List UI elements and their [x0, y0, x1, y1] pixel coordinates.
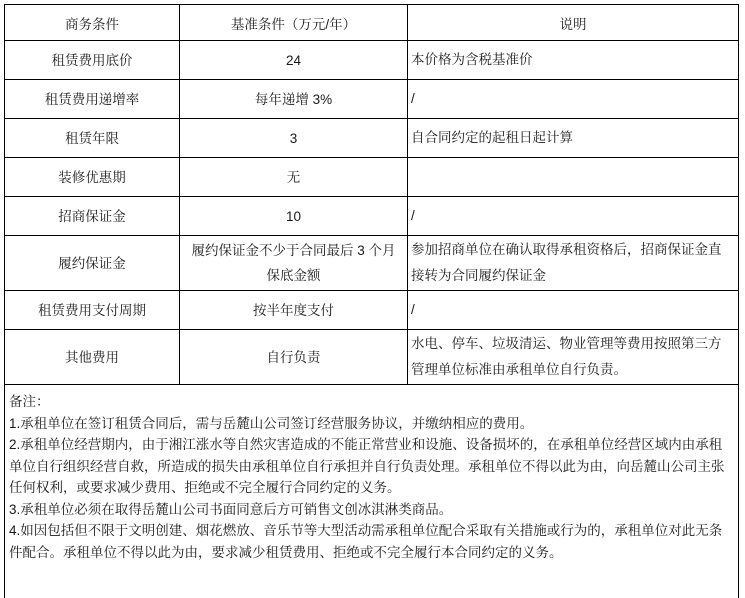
table-row-bid-deposit: 招商保证金 10 / [5, 197, 739, 236]
col-header-condition: 商务条件 [5, 5, 180, 41]
table-row-rent-increase-rate: 租赁费用递增率 每年递增 3% / [5, 80, 739, 119]
table-row-payment-cycle: 租赁费用支付周期 按半年度支付 / [5, 291, 739, 330]
col-header-base: 基准条件（万元/年） [180, 5, 408, 41]
cell-condition: 租赁费用支付周期 [5, 291, 180, 330]
cell-note: 本价格为含税基准价 [408, 41, 739, 80]
page: { "colors": { "border": "#000000", "text… [0, 0, 745, 598]
cell-note: 自合同约定的起租日起计算 [408, 119, 739, 158]
cell-condition: 装修优惠期 [5, 158, 180, 197]
remarks-item-4: 4.如因包括但不限于文明创建、烟花燃放、音乐节等大型活动需承租单位配合采取有关措… [9, 520, 732, 563]
cell-base: 3 [180, 119, 408, 158]
cell-condition: 租赁年限 [5, 119, 180, 158]
cell-note: / [408, 291, 739, 330]
cell-note [408, 158, 739, 197]
table-row-other-fees: 其他费用 自行负责 水电、停车、垃圾清运、物业管理等费用按照第三方管理单位标准由… [5, 330, 739, 385]
cell-condition: 租赁费用递增率 [5, 80, 180, 119]
cell-note: 水电、停车、垃圾清运、物业管理等费用按照第三方管理单位标准由承租单位自行负责。 [408, 330, 739, 385]
cell-condition: 其他费用 [5, 330, 180, 385]
cell-base: 每年递增 3% [180, 80, 408, 119]
table-row-renovation-grace-period: 装修优惠期 无 [5, 158, 739, 197]
cell-condition: 招商保证金 [5, 197, 180, 236]
table-row-performance-bond: 履约保证金 履约保证金不少于合同最后 3 个月保底金额 参加招商单位在确认取得承… [5, 236, 739, 291]
remarks-item-2: 2.承租单位经营期内，由于湘江涨水等自然灾害造成的不能正常营业和设施、设备损坏的… [9, 434, 732, 499]
remarks-item-1: 1.承租单位在签订租赁合同后，需与岳麓山公司签订经营服务协议，并缴纳相应的费用。 [9, 413, 732, 435]
remarks-item-3: 3.承租单位必须在取得岳麓山公司书面同意后方可销售文创冰淇淋类商品。 [9, 499, 732, 521]
cell-base: 10 [180, 197, 408, 236]
col-header-note: 说明 [408, 5, 739, 41]
cell-base: 按半年度支付 [180, 291, 408, 330]
cell-base: 24 [180, 41, 408, 80]
cell-base: 无 [180, 158, 408, 197]
cell-note: / [408, 80, 739, 119]
cell-note: 参加招商单位在确认取得承租资格后，招商保证金直接转为合同履约保证金 [408, 236, 739, 291]
cell-base: 履约保证金不少于合同最后 3 个月保底金额 [180, 236, 408, 291]
table-header-row: 商务条件 基准条件（万元/年） 说明 [5, 5, 739, 41]
cell-note: / [408, 197, 739, 236]
cell-base: 自行负责 [180, 330, 408, 385]
remarks-section: 备注： 1.承租单位在签订租赁合同后，需与岳麓山公司签订经营服务协议，并缴纳相应… [5, 385, 739, 598]
cell-condition: 租赁费用底价 [5, 41, 180, 80]
cell-condition: 履约保证金 [5, 236, 180, 291]
business-terms-table: 商务条件 基准条件（万元/年） 说明 租赁费用底价 24 本价格为含税基准价 租… [4, 4, 739, 598]
table-row-rent-base-price: 租赁费用底价 24 本价格为含税基准价 [5, 41, 739, 80]
remarks-title: 备注： [9, 391, 732, 413]
table-row-lease-term: 租赁年限 3 自合同约定的起租日起计算 [5, 119, 739, 158]
remarks-row: 备注： 1.承租单位在签订租赁合同后，需与岳麓山公司签订经营服务协议，并缴纳相应… [5, 385, 739, 598]
